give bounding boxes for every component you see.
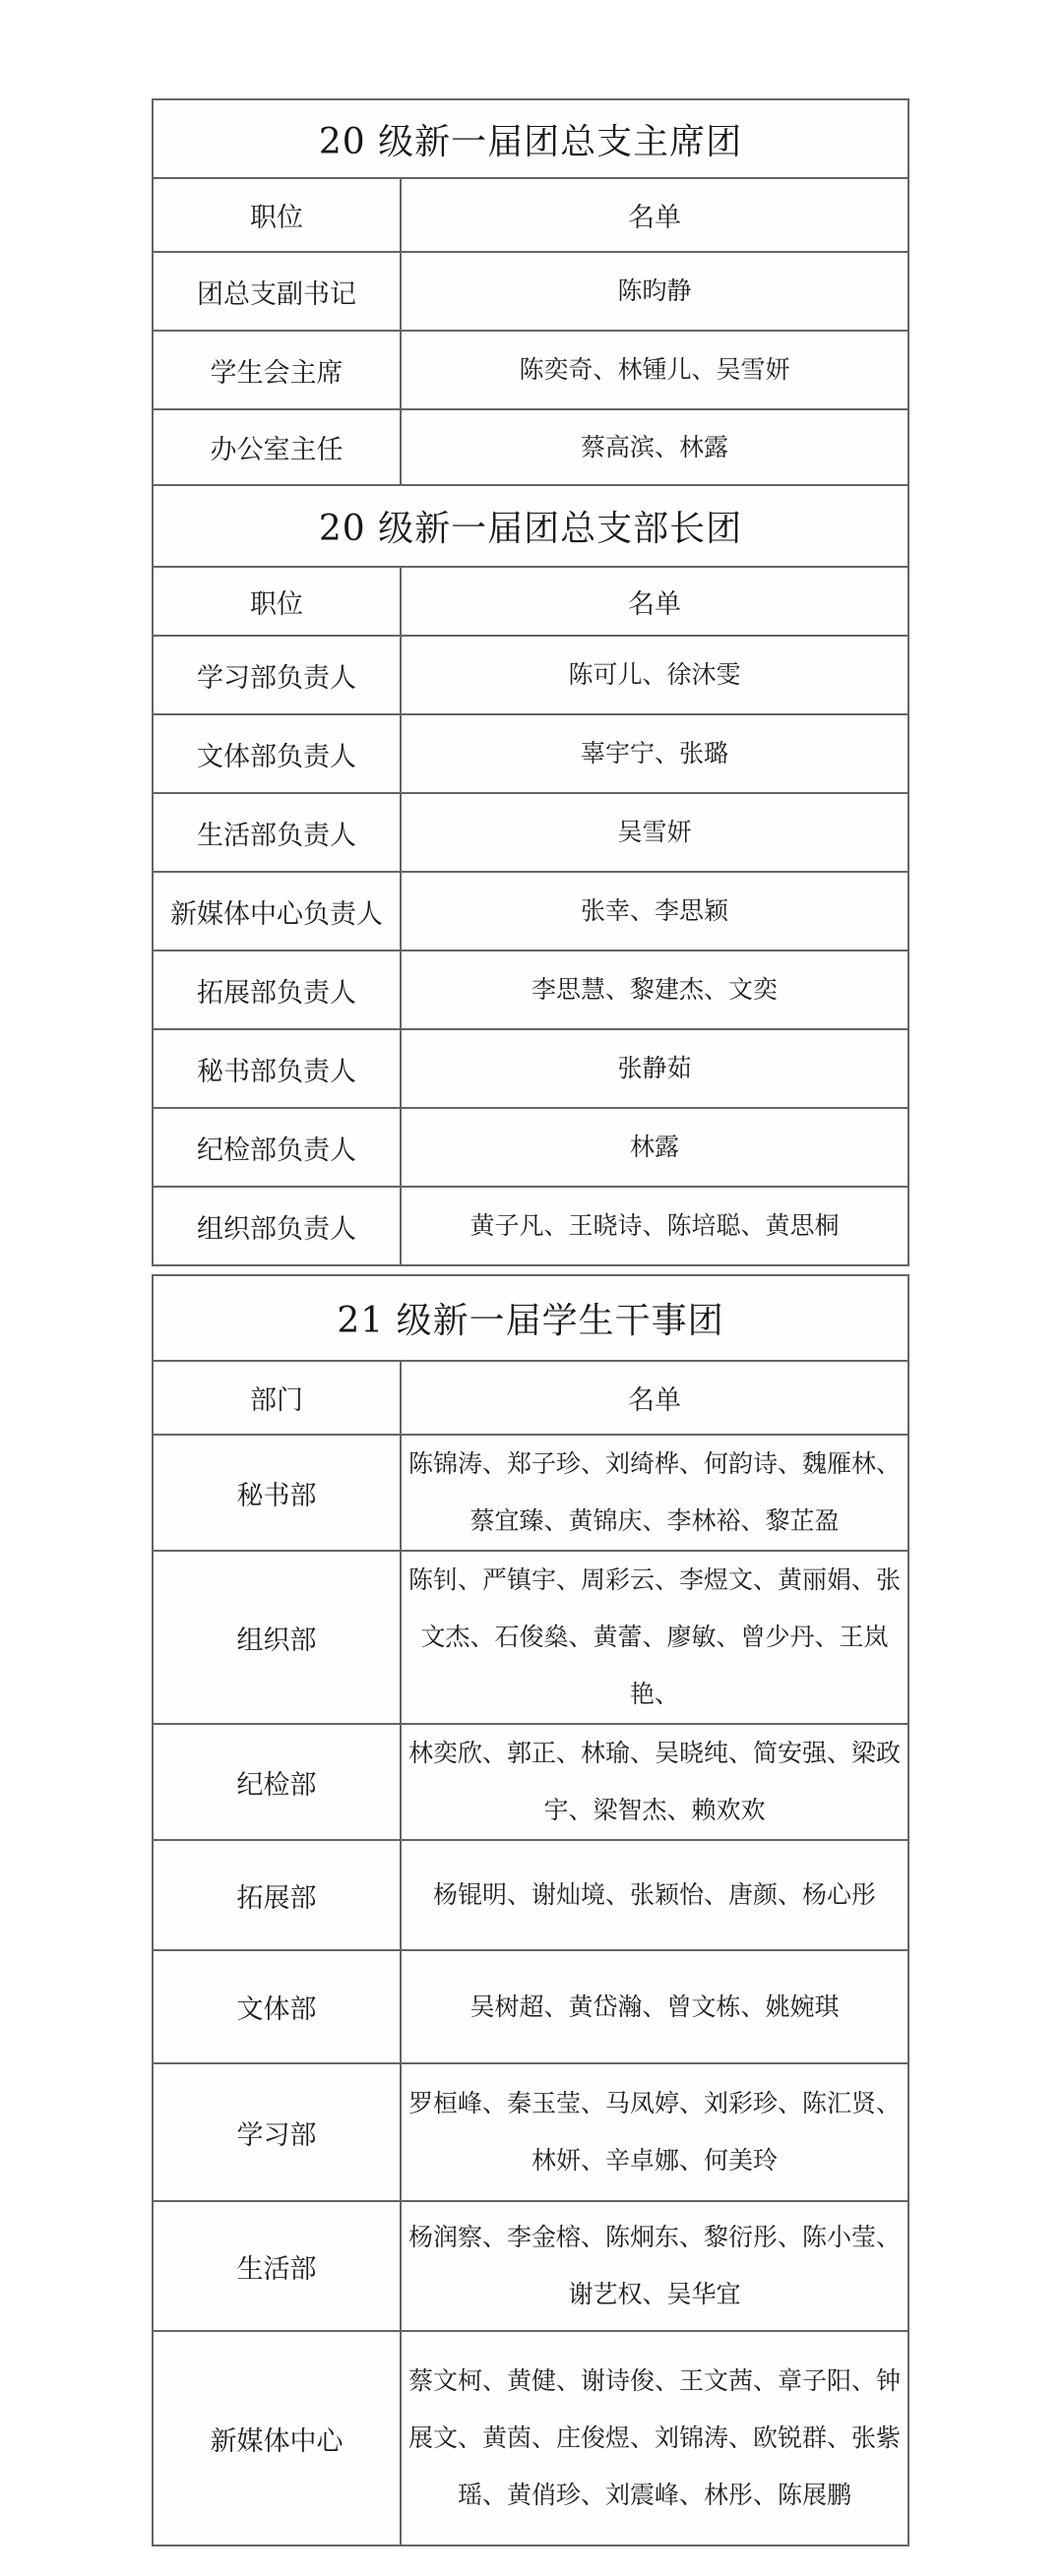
column-header: 职位 (153, 178, 401, 252)
names-cell: 杨润察、李金榕、陈炯东、黎衍彤、陈小莹、谢艺权、吴华宜 (401, 2201, 908, 2331)
column-header: 部门 (153, 1361, 401, 1435)
position-cell: 团总支副书记 (153, 252, 401, 331)
names-cell: 辜宇宁、张璐 (401, 714, 908, 793)
names-cell: 陈锦涛、郑子珍、刘绮桦、何韵诗、魏雁林、蔡宜臻、黄锦庆、李林裕、黎芷盈 (401, 1435, 908, 1551)
table-title-row: 21 级新一届学生干事团 (153, 1275, 908, 1361)
roster-table: 21 级新一届学生干事团部门名单秘书部陈锦涛、郑子珍、刘绮桦、何韵诗、魏雁林、蔡… (152, 1274, 909, 2546)
position-cell: 学习部负责人 (153, 636, 401, 714)
position-cell: 秘书部 (153, 1435, 401, 1551)
position-cell: 拓展部 (153, 1840, 401, 1950)
names-cell: 李思慧、黎建杰、文奕 (401, 951, 908, 1029)
names-cell: 张幸、李思颖 (401, 872, 908, 951)
names-cell: 吴雪妍 (401, 793, 908, 872)
position-cell: 秘书部负责人 (153, 1029, 401, 1108)
position-cell: 组织部 (153, 1551, 401, 1724)
position-cell: 纪检部负责人 (153, 1108, 401, 1187)
table-row: 纪检部负责人林露 (153, 1108, 908, 1187)
table-header-row: 部门名单 (153, 1361, 908, 1435)
position-cell: 组织部负责人 (153, 1187, 401, 1265)
names-cell: 陈奕奇、林锺儿、吴雪妍 (401, 331, 908, 409)
position-cell: 学习部 (153, 2063, 401, 2201)
table-row: 拓展部负责人李思慧、黎建杰、文奕 (153, 951, 908, 1029)
roster-document: 20 级新一届团总支主席团职位名单团总支副书记陈昀静学生会主席陈奕奇、林锺儿、吴… (152, 98, 907, 2546)
table-row: 生活部负责人吴雪妍 (153, 793, 908, 872)
position-cell: 拓展部负责人 (153, 951, 401, 1029)
names-cell: 张静茹 (401, 1029, 908, 1108)
table-row: 纪检部林奕欣、郭正、林瑜、吴晓纯、简安强、梁政宇、梁智杰、赖欢欢 (153, 1724, 908, 1840)
table-row: 生活部杨润察、李金榕、陈炯东、黎衍彤、陈小莹、谢艺权、吴华宜 (153, 2201, 908, 2331)
table-title-row: 20 级新一届团总支部长团 (153, 485, 908, 567)
table-row: 秘书部负责人张静茹 (153, 1029, 908, 1108)
roster-table: 20 级新一届团总支主席团职位名单团总支副书记陈昀静学生会主席陈奕奇、林锺儿、吴… (152, 98, 909, 486)
column-header: 名单 (401, 178, 908, 252)
position-cell: 学生会主席 (153, 331, 401, 409)
names-cell: 林奕欣、郭正、林瑜、吴晓纯、简安强、梁政宇、梁智杰、赖欢欢 (401, 1724, 908, 1840)
names-cell: 罗桓峰、秦玉莹、马凤婷、刘彩珍、陈汇贤、林妍、辛卓娜、何美玲 (401, 2063, 908, 2201)
table-row: 办公室主任蔡高滨、林露 (153, 409, 908, 485)
table-row: 学习部负责人陈可儿、徐沐雯 (153, 636, 908, 714)
position-cell: 文体部负责人 (153, 714, 401, 793)
position-cell: 文体部 (153, 1950, 401, 2063)
table-row: 组织部负责人黄子凡、王晓诗、陈培聪、黄思桐 (153, 1187, 908, 1265)
names-cell: 黄子凡、王晓诗、陈培聪、黄思桐 (401, 1187, 908, 1265)
table-title-row: 20 级新一届团总支主席团 (153, 99, 908, 178)
table-row: 秘书部陈锦涛、郑子珍、刘绮桦、何韵诗、魏雁林、蔡宜臻、黄锦庆、李林裕、黎芷盈 (153, 1435, 908, 1551)
column-header: 名单 (401, 567, 908, 636)
table-row: 学习部罗桓峰、秦玉莹、马凤婷、刘彩珍、陈汇贤、林妍、辛卓娜、何美玲 (153, 2063, 908, 2201)
position-cell: 新媒体中心 (153, 2331, 401, 2545)
position-cell: 生活部 (153, 2201, 401, 2331)
names-cell: 蔡高滨、林露 (401, 409, 908, 485)
table-row: 文体部吴树超、黄岱瀚、曾文栋、姚婉琪 (153, 1950, 908, 2063)
position-cell: 办公室主任 (153, 409, 401, 485)
table-title: 20 级新一届团总支部长团 (153, 485, 908, 567)
names-cell: 杨锟明、谢灿境、张颖怡、唐颜、杨心彤 (401, 1840, 908, 1950)
table-row: 拓展部杨锟明、谢灿境、张颖怡、唐颜、杨心彤 (153, 1840, 908, 1950)
table-row: 组织部陈钊、严镇宇、周彩云、李煜文、黄丽娟、张文杰、石俊燊、黄蕾、廖敏、曾少丹、… (153, 1551, 908, 1724)
names-cell: 蔡文柯、黄健、谢诗俊、王文茜、章子阳、钟展文、黄茵、庄俊煜、刘锦涛、欧锐群、张紫… (401, 2331, 908, 2545)
column-header: 名单 (401, 1361, 908, 1435)
table-header-row: 职位名单 (153, 567, 908, 636)
table-row: 学生会主席陈奕奇、林锺儿、吴雪妍 (153, 331, 908, 409)
position-cell: 生活部负责人 (153, 793, 401, 872)
names-cell: 陈钊、严镇宇、周彩云、李煜文、黄丽娟、张文杰、石俊燊、黄蕾、廖敏、曾少丹、王岚艳… (401, 1551, 908, 1724)
names-cell: 陈昀静 (401, 252, 908, 331)
position-cell: 新媒体中心负责人 (153, 872, 401, 951)
table-row: 文体部负责人辜宇宁、张璐 (153, 714, 908, 793)
names-cell: 陈可儿、徐沐雯 (401, 636, 908, 714)
table-row: 新媒体中心蔡文柯、黄健、谢诗俊、王文茜、章子阳、钟展文、黄茵、庄俊煜、刘锦涛、欧… (153, 2331, 908, 2545)
column-header: 职位 (153, 567, 401, 636)
roster-table: 20 级新一届团总支部长团职位名单学习部负责人陈可儿、徐沐雯文体部负责人辜宇宁、… (152, 484, 909, 1266)
names-cell: 林露 (401, 1108, 908, 1187)
names-cell: 吴树超、黄岱瀚、曾文栋、姚婉琪 (401, 1950, 908, 2063)
table-header-row: 职位名单 (153, 178, 908, 252)
table-row: 团总支副书记陈昀静 (153, 252, 908, 331)
table-row: 新媒体中心负责人张幸、李思颖 (153, 872, 908, 951)
table-title: 20 级新一届团总支主席团 (153, 99, 908, 178)
table-title: 21 级新一届学生干事团 (153, 1275, 908, 1361)
position-cell: 纪检部 (153, 1724, 401, 1840)
